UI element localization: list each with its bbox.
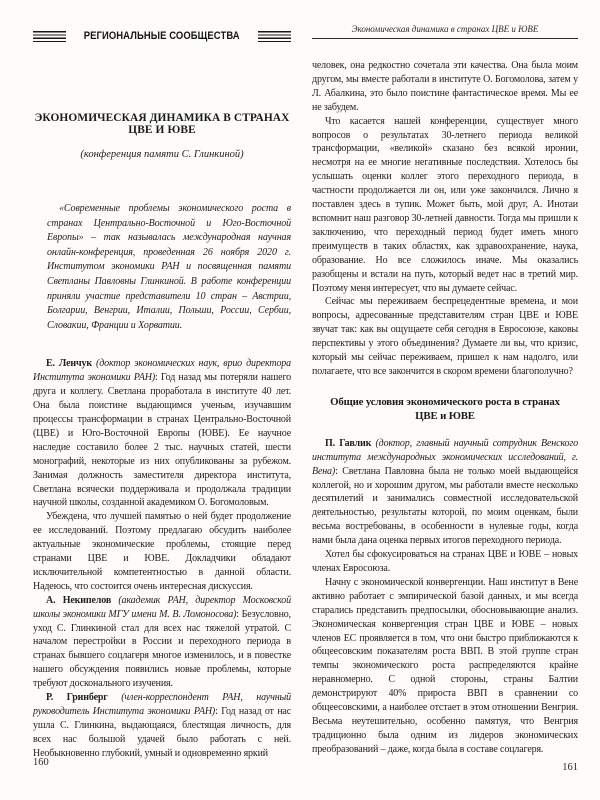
speaker-name: Е. Ленчук — [46, 358, 96, 369]
paragraph: Начну с экономической конвергенции. Наш … — [312, 576, 578, 757]
paragraph: Хотел бы сфокусироваться на странах ЦВЕ … — [312, 548, 578, 576]
paragraph-text: Хотел бы сфокусироваться на странах ЦВЕ … — [312, 549, 578, 574]
page-number-right: 161 — [562, 762, 578, 773]
article-title-block: ЭКОНОМИЧЕСКАЯ ДИНАМИКА В СТРАНАХ ЦВЕ И Ю… — [33, 112, 291, 160]
paragraph: Е. Ленчук (доктор экономических наук, вр… — [33, 357, 291, 510]
paragraph: Убеждена, что лучшей памятью о ней будет… — [33, 510, 291, 593]
rubric-rule-right — [258, 31, 291, 42]
paragraph-text: : Безусловно, уход С. Глинкиной стал для… — [33, 609, 291, 690]
speaker-name: Р. Гринберг — [46, 692, 121, 703]
paragraph: Р. Гринберг (член-корреспондент РАН, нау… — [33, 691, 291, 761]
paragraph-text: Что касается нашей конференции, существу… — [312, 116, 578, 294]
paragraph-text: Начну с экономической конвергенции. Наш … — [312, 577, 578, 755]
paragraph: А. Некипелов (академик РАН, директор Мос… — [33, 594, 291, 691]
speaker-name: А. Некипелов — [46, 595, 118, 606]
article-subtitle: (конференция памяти С. Глинкиной) — [33, 149, 291, 160]
lead-quote: «Современные проблемы экономического рос… — [47, 202, 291, 333]
rubric-title: РЕГИОНАЛЬНЫЕ СООБЩЕСТВА — [84, 30, 240, 42]
right-column-body: человек, она редкостно сочетала эти каче… — [312, 59, 578, 757]
paragraph: Сейчас мы переживаем беспрецедентные вре… — [312, 295, 578, 378]
paragraph: Что касается нашей конференции, существу… — [312, 115, 578, 296]
running-head: Экономическая динамика в странах ЦВЕ и Ю… — [312, 24, 578, 39]
paragraph-text: Сейчас мы переживаем беспрецедентные вре… — [312, 296, 578, 377]
article-title: ЭКОНОМИЧЕСКАЯ ДИНАМИКА В СТРАНАХ ЦВЕ И Ю… — [33, 112, 291, 136]
paragraph-text: Убеждена, что лучшей памятью о ней будет… — [33, 511, 291, 592]
page-number-left: 160 — [33, 757, 49, 768]
speaker-name: П. Гавлик — [325, 438, 376, 449]
paragraph-text: : Год назад мы потеряли нашего друга и к… — [33, 372, 291, 508]
rubric-header: РЕГИОНАЛЬНЫЕ СООБЩЕСТВА — [33, 30, 291, 42]
rubric-rule-left — [33, 31, 66, 42]
section-heading: Общие условия экономического роста в стр… — [318, 395, 572, 423]
paragraph: П. Гавлик (доктор, главный научный сотру… — [312, 437, 578, 548]
right-page: Экономическая динамика в странах ЦВЕ и Ю… — [312, 24, 578, 757]
left-column-body: Е. Ленчук (доктор экономических наук, вр… — [33, 357, 291, 760]
paragraph-text: человек, она редкостно сочетала эти каче… — [312, 60, 578, 113]
paragraph: человек, она редкостно сочетала эти каче… — [312, 59, 578, 115]
paragraph-text: : Светлана Павловна была не только моей … — [312, 466, 578, 547]
left-page: РЕГИОНАЛЬНЫЕ СООБЩЕСТВА ЭКОНОМИЧЕСКАЯ ДИ… — [33, 30, 291, 761]
